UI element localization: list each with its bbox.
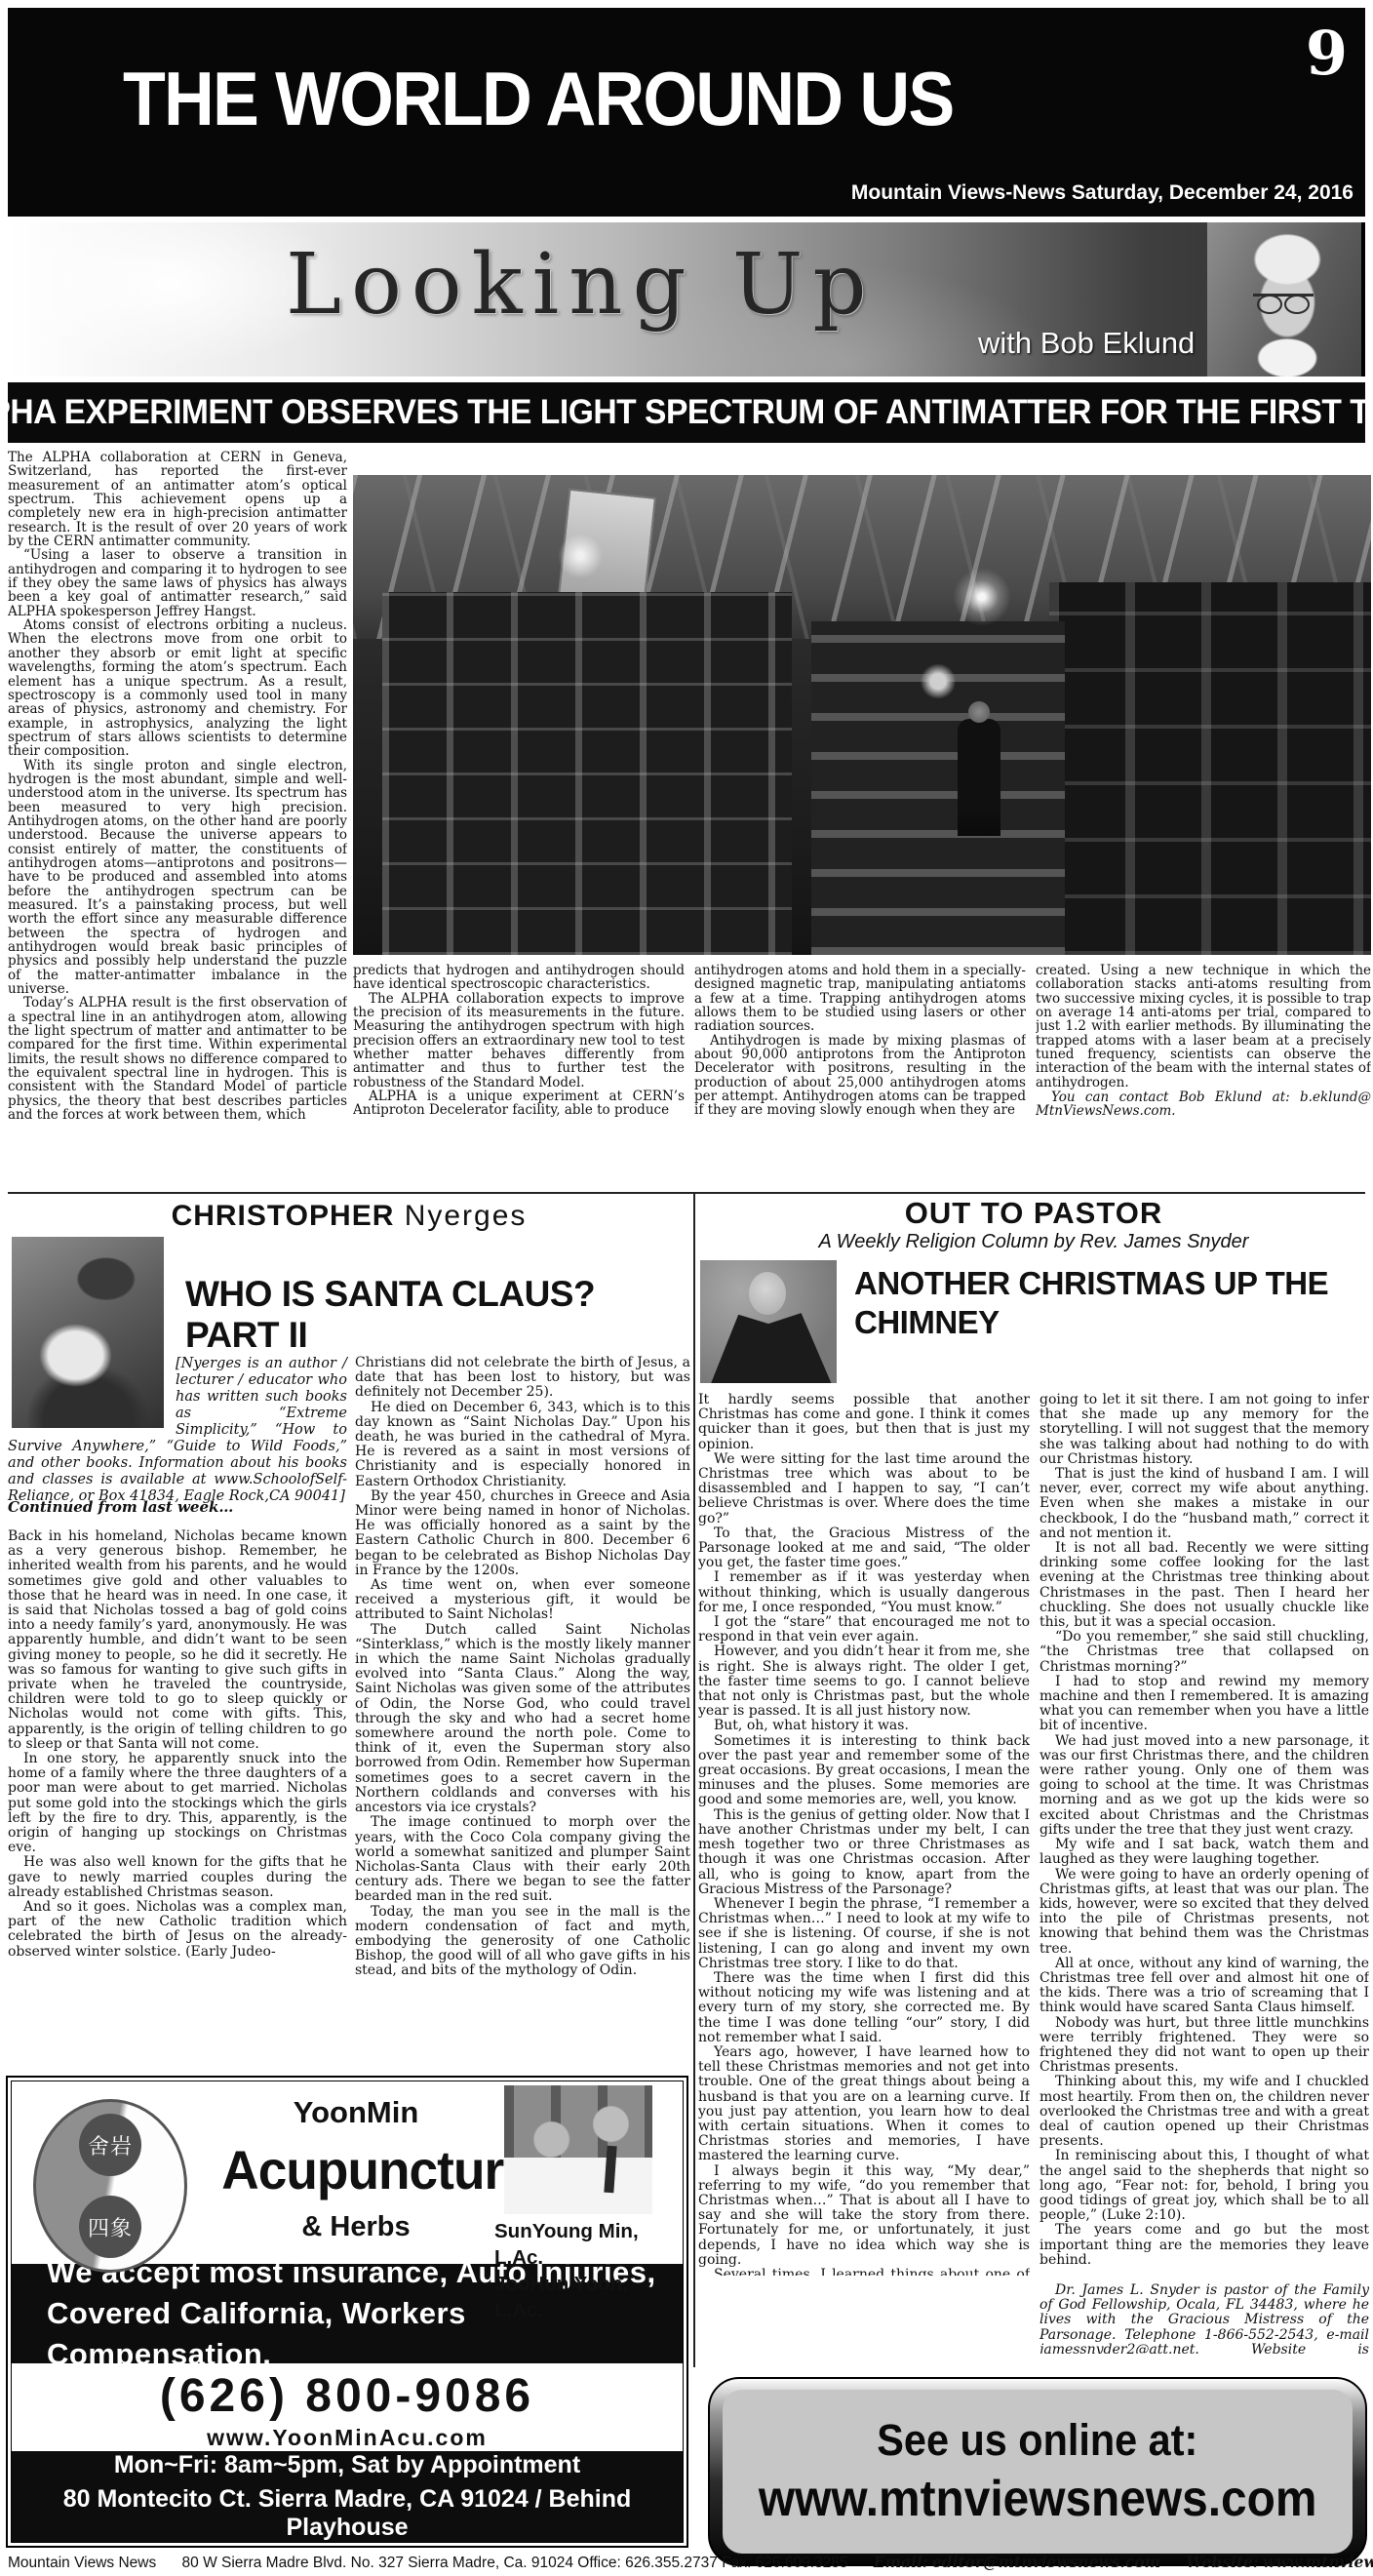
ad-brand-top: YoonMin <box>215 2095 497 2130</box>
paragraph: “Do you remember,” she said still chuckl… <box>1040 1630 1369 1675</box>
headline-bar: ALPHA EXPERIMENT OBSERVES THE LIGHT SPEC… <box>8 382 1365 443</box>
paragraph: I always begin it this way, “My dear,” r… <box>698 2164 1030 2268</box>
footer-paper-name: Mountain Views News <box>8 2555 156 2571</box>
paragraph: We were sitting for the last time around… <box>698 1452 1030 1526</box>
yinyang-logo-icon: 舍岩 四象 <box>33 2099 187 2273</box>
paragraph: That is just the kind of husband I am. I… <box>1040 1467 1369 1541</box>
paragraph: My wife and I sat back, watch them and l… <box>1040 1838 1369 1867</box>
pastor-subtitle: A Weekly Religion Column by Rev. James S… <box>697 1231 1370 1253</box>
footer-email: editor@mtnviewsnews.com <box>932 2553 1160 2571</box>
photo-lamp-glow-2 <box>558 534 603 578</box>
newspaper-page: THE WORLD AROUND US 9 Mountain Views-New… <box>0 0 1373 2576</box>
paragraph: Atoms consist of electrons orbiting a nu… <box>8 618 347 758</box>
paragraph: By the year 450, churches in Greece and … <box>355 1489 690 1578</box>
bob-eklund-photo <box>1207 222 1361 376</box>
alpha-column-1: The ALPHA collaboration at CERN in Genev… <box>8 451 347 1184</box>
nyerges-continued-note: Continued from last week… <box>8 1498 233 1516</box>
online-line-1: See us online at: <box>878 2415 1198 2466</box>
paragraph: To that, the Gracious Mistress of the Pa… <box>698 1526 1030 1571</box>
ad-hours-bar: Mon~Fri: 8am~5pm, Sat by Appointment 80 … <box>12 2451 683 2542</box>
paragraph: ALPHA is a unique experiment at CERN’s A… <box>353 1090 685 1118</box>
see-us-online-box: See us online at: www.mtnviewsnews.com <box>708 2377 1367 2566</box>
ad-address: 80 Montecito Ct. Sierra Madre, CA 91024 … <box>12 2485 683 2542</box>
paragraph: created. Using a new technique in which … <box>1036 964 1371 1090</box>
nyerges-column-2: Christians did not celebrate the birth o… <box>355 1356 690 2085</box>
footer-email-label: Email: <box>874 2553 928 2571</box>
paragraph: It is not all bad. Recently we were sitt… <box>1040 1541 1369 1630</box>
pastor-photo <box>700 1260 837 1383</box>
paragraph: I got the “stare” that encouraged me not… <box>698 1615 1030 1645</box>
practitioner-tie-detail <box>604 2146 616 2194</box>
pastor-bio: Dr. James L. Snyder is pastor of the Fam… <box>1040 2283 1369 2354</box>
paragraph: Christians did not celebrate the birth o… <box>355 1356 690 1401</box>
cern-alpha-photo <box>353 475 1371 955</box>
paragraph: He died on December 6, 343, which is to … <box>355 1401 690 1489</box>
photo-technician-figure <box>958 719 1000 836</box>
ad-hours: Mon~Fri: 8am~5pm, Sat by Appointment <box>12 2451 683 2479</box>
paragraph: In reminiscing about this, I thought of … <box>1040 2149 1369 2223</box>
paragraph: The Dutch called Saint Nicholas “Sinterk… <box>355 1623 690 1816</box>
nyerges-title: WHO IS SANTA CLAUS? PART II <box>185 1274 687 1356</box>
paragraph: The image continued to morph over the ye… <box>355 1815 690 1904</box>
photo-wrap-spacer <box>8 1356 176 1430</box>
pastor-photo-suit <box>700 1307 837 1383</box>
pastor-column-2-body: going to let it sit there. I am not goin… <box>1040 1393 1369 2268</box>
paragraph: We had just moved into a new parsonage, … <box>1040 1734 1369 1838</box>
section-divider <box>8 1192 1365 1194</box>
acupuncture-ad-frame: 舍岩 四象 YoonMin Acupuncture & Herbs SunYou… <box>11 2081 684 2543</box>
article-headline: ALPHA EXPERIMENT OBSERVES THE LIGHT SPEC… <box>0 393 1373 432</box>
paragraph: Years ago, however, I have learned how t… <box>698 2045 1030 2164</box>
column-byline: with Bob Eklund <box>978 326 1195 361</box>
online-line-2: www.mtnviewsnews.com <box>759 2470 1316 2528</box>
nyerges-kicker-bold: CHRISTOPHER <box>172 1200 395 1232</box>
paragraph: Dr. James L. Snyder is pastor of the Fam… <box>1040 2283 1369 2354</box>
glasses-icon <box>1253 294 1314 309</box>
paragraph: All at once, without any kind of warning… <box>1040 1957 1369 2016</box>
issue-date-line: Mountain Views-News Saturday, December 2… <box>851 181 1353 205</box>
practitioner-name-1: SunYoung Min, L.Ac. <box>494 2218 665 2271</box>
pastor-column-2: going to let it sit there. I am not goin… <box>1040 1393 1369 2354</box>
pastor-column-1: It hardly seems possible that another Ch… <box>698 1393 1030 2276</box>
paragraph: In one story, he apparently snuck into t… <box>8 1752 347 1855</box>
paragraph: Whenever I begin the phrase, “I remember… <box>698 1897 1030 1971</box>
logo-character-bottom: 四象 <box>79 2196 141 2258</box>
alpha-column-4: created. Using a new technique in which … <box>1036 964 1371 1219</box>
paragraph: The years come and go but the most impor… <box>1040 2223 1369 2268</box>
ad-top-section: 舍岩 四象 YoonMin Acupuncture & Herbs SunYou… <box>12 2081 683 2264</box>
alpha-column-4-body: created. Using a new technique in which … <box>1036 964 1371 1090</box>
photo-equipment-rack-right <box>1049 582 1371 955</box>
paragraph: Today’s ALPHA result is the first observ… <box>8 996 347 1122</box>
footer-address: 80 W Sierra Madre Blvd. No. 327 Sierra M… <box>182 2555 848 2571</box>
paragraph: Back in his homeland, Nicholas became kn… <box>8 1529 347 1752</box>
pastor-title: ANOTHER CHRISTMAS UP THE CHIMNEY <box>854 1264 1366 1342</box>
alpha-column-2: predicts that hydrogen and antihydrogen … <box>353 964 685 1190</box>
paragraph: It hardly seems possible that another Ch… <box>698 1393 1030 1452</box>
paragraph: But, oh, what history it was. <box>698 1719 1030 1733</box>
footer-website: www.mtnviewsnews.com <box>1263 2553 1373 2571</box>
paragraph: The ALPHA collaboration at CERN in Genev… <box>8 451 347 548</box>
practitioner-names: SunYoung Min, L.Ac. JooHun Yoon, L.Ac. <box>494 2218 665 2323</box>
paragraph: And so it goes. Nicholas was a complex m… <box>8 1900 347 1960</box>
ad-brand-sub: & Herbs <box>215 2211 497 2243</box>
ad-brand: YoonMin Acupuncture & Herbs <box>215 2095 497 2243</box>
practitioners-photo <box>504 2085 652 2214</box>
paragraph: This is the genius of getting older. Now… <box>698 1808 1030 1897</box>
nyerges-kicker: CHRISTOPHER Nyerges <box>8 1200 690 1233</box>
paragraph: I remember as if it was yesterday when w… <box>698 1570 1030 1615</box>
paragraph: “Using a laser to observe a transition i… <box>8 548 347 618</box>
page-number: 9 <box>1306 18 1348 89</box>
paragraph: There was the time when I first did this… <box>698 1971 1030 2045</box>
see-us-online-inner: See us online at: www.mtnviewsnews.com <box>723 2390 1353 2554</box>
paragraph: He was also well known for the gifts tha… <box>8 1855 347 1900</box>
ad-brand-main: Acupuncture <box>221 2138 490 2201</box>
paragraph: Today, the man you see in the mall is th… <box>355 1905 690 1979</box>
paragraph: antihydrogen atoms and hold them in a sp… <box>694 964 1026 1034</box>
nyerges-kicker-light: Nyerges <box>394 1200 527 1232</box>
paragraph: As time went on, when ever someone recei… <box>355 1578 690 1623</box>
nyerges-bio: [Nyerges is an author / lecturer / educa… <box>8 1356 347 1505</box>
logo-character-top: 舍岩 <box>79 2114 141 2176</box>
ad-website: www.YoonMinAcu.com <box>12 2425 683 2451</box>
paragraph: We were going to have an orderly opening… <box>1040 1868 1369 1957</box>
photo-lamp-glow <box>953 568 1011 626</box>
paragraph: Sometimes it is interesting to think bac… <box>698 1734 1030 1808</box>
paragraph: going to let it sit there. I am not goin… <box>1040 1393 1369 1467</box>
contact-note: You can contact Bob Eklund at: b.eklund@… <box>1036 1090 1371 1119</box>
paragraph: The ALPHA collaboration expects to impro… <box>353 992 685 1090</box>
alpha-column-3: antihydrogen atoms and hold them in a sp… <box>694 964 1026 1190</box>
acupuncture-ad: 舍岩 四象 YoonMin Acupuncture & Herbs SunYou… <box>6 2076 688 2548</box>
photo-equipment-rack-left <box>382 592 792 955</box>
ad-phone-section: (626) 800-9086 www.YoonMinAcu.com <box>12 2363 683 2451</box>
looking-up-banner: Looking Up with Bob Eklund <box>8 222 1365 376</box>
paragraph: Thinking about this, my wife and I chuck… <box>1040 2075 1369 2149</box>
photo-experiment-core <box>811 621 1065 955</box>
footer-website-label: Website: <box>1186 2553 1258 2571</box>
section-title: THE WORLD AROUND US <box>123 55 953 143</box>
nyerges-column-1: Back in his homeland, Nicholas became kn… <box>8 1529 347 2076</box>
pastor-kicker: OUT TO PASTOR <box>697 1196 1370 1231</box>
paragraph: With its single proton and single electr… <box>8 759 347 997</box>
column-title: Looking Up <box>286 236 877 334</box>
paragraph: predicts that hydrogen and antihydrogen … <box>353 964 685 992</box>
paragraph: Several times, I learned things about on… <box>698 2268 1030 2276</box>
practitioner-name-2: JooHun Yoon, L.Ac. <box>494 2271 665 2323</box>
masthead-bar: THE WORLD AROUND US 9 Mountain Views-New… <box>8 8 1365 217</box>
paragraph: Antihydrogen is made by mixing plasmas o… <box>694 1034 1026 1118</box>
ad-phone-number: (626) 800-9086 <box>12 2369 683 2423</box>
column-divider <box>693 1192 695 2367</box>
paragraph: Nobody was hurt, but three little munchk… <box>1040 2016 1369 2076</box>
paragraph: I had to stop and rewind my memory machi… <box>1040 1675 1369 1734</box>
pastor-photo-face <box>749 1272 786 1315</box>
page-footer: Mountain Views News 80 W Sierra Madre Bl… <box>8 2553 1365 2572</box>
paragraph: However, and you didn’t hear it from me,… <box>698 1645 1030 1719</box>
